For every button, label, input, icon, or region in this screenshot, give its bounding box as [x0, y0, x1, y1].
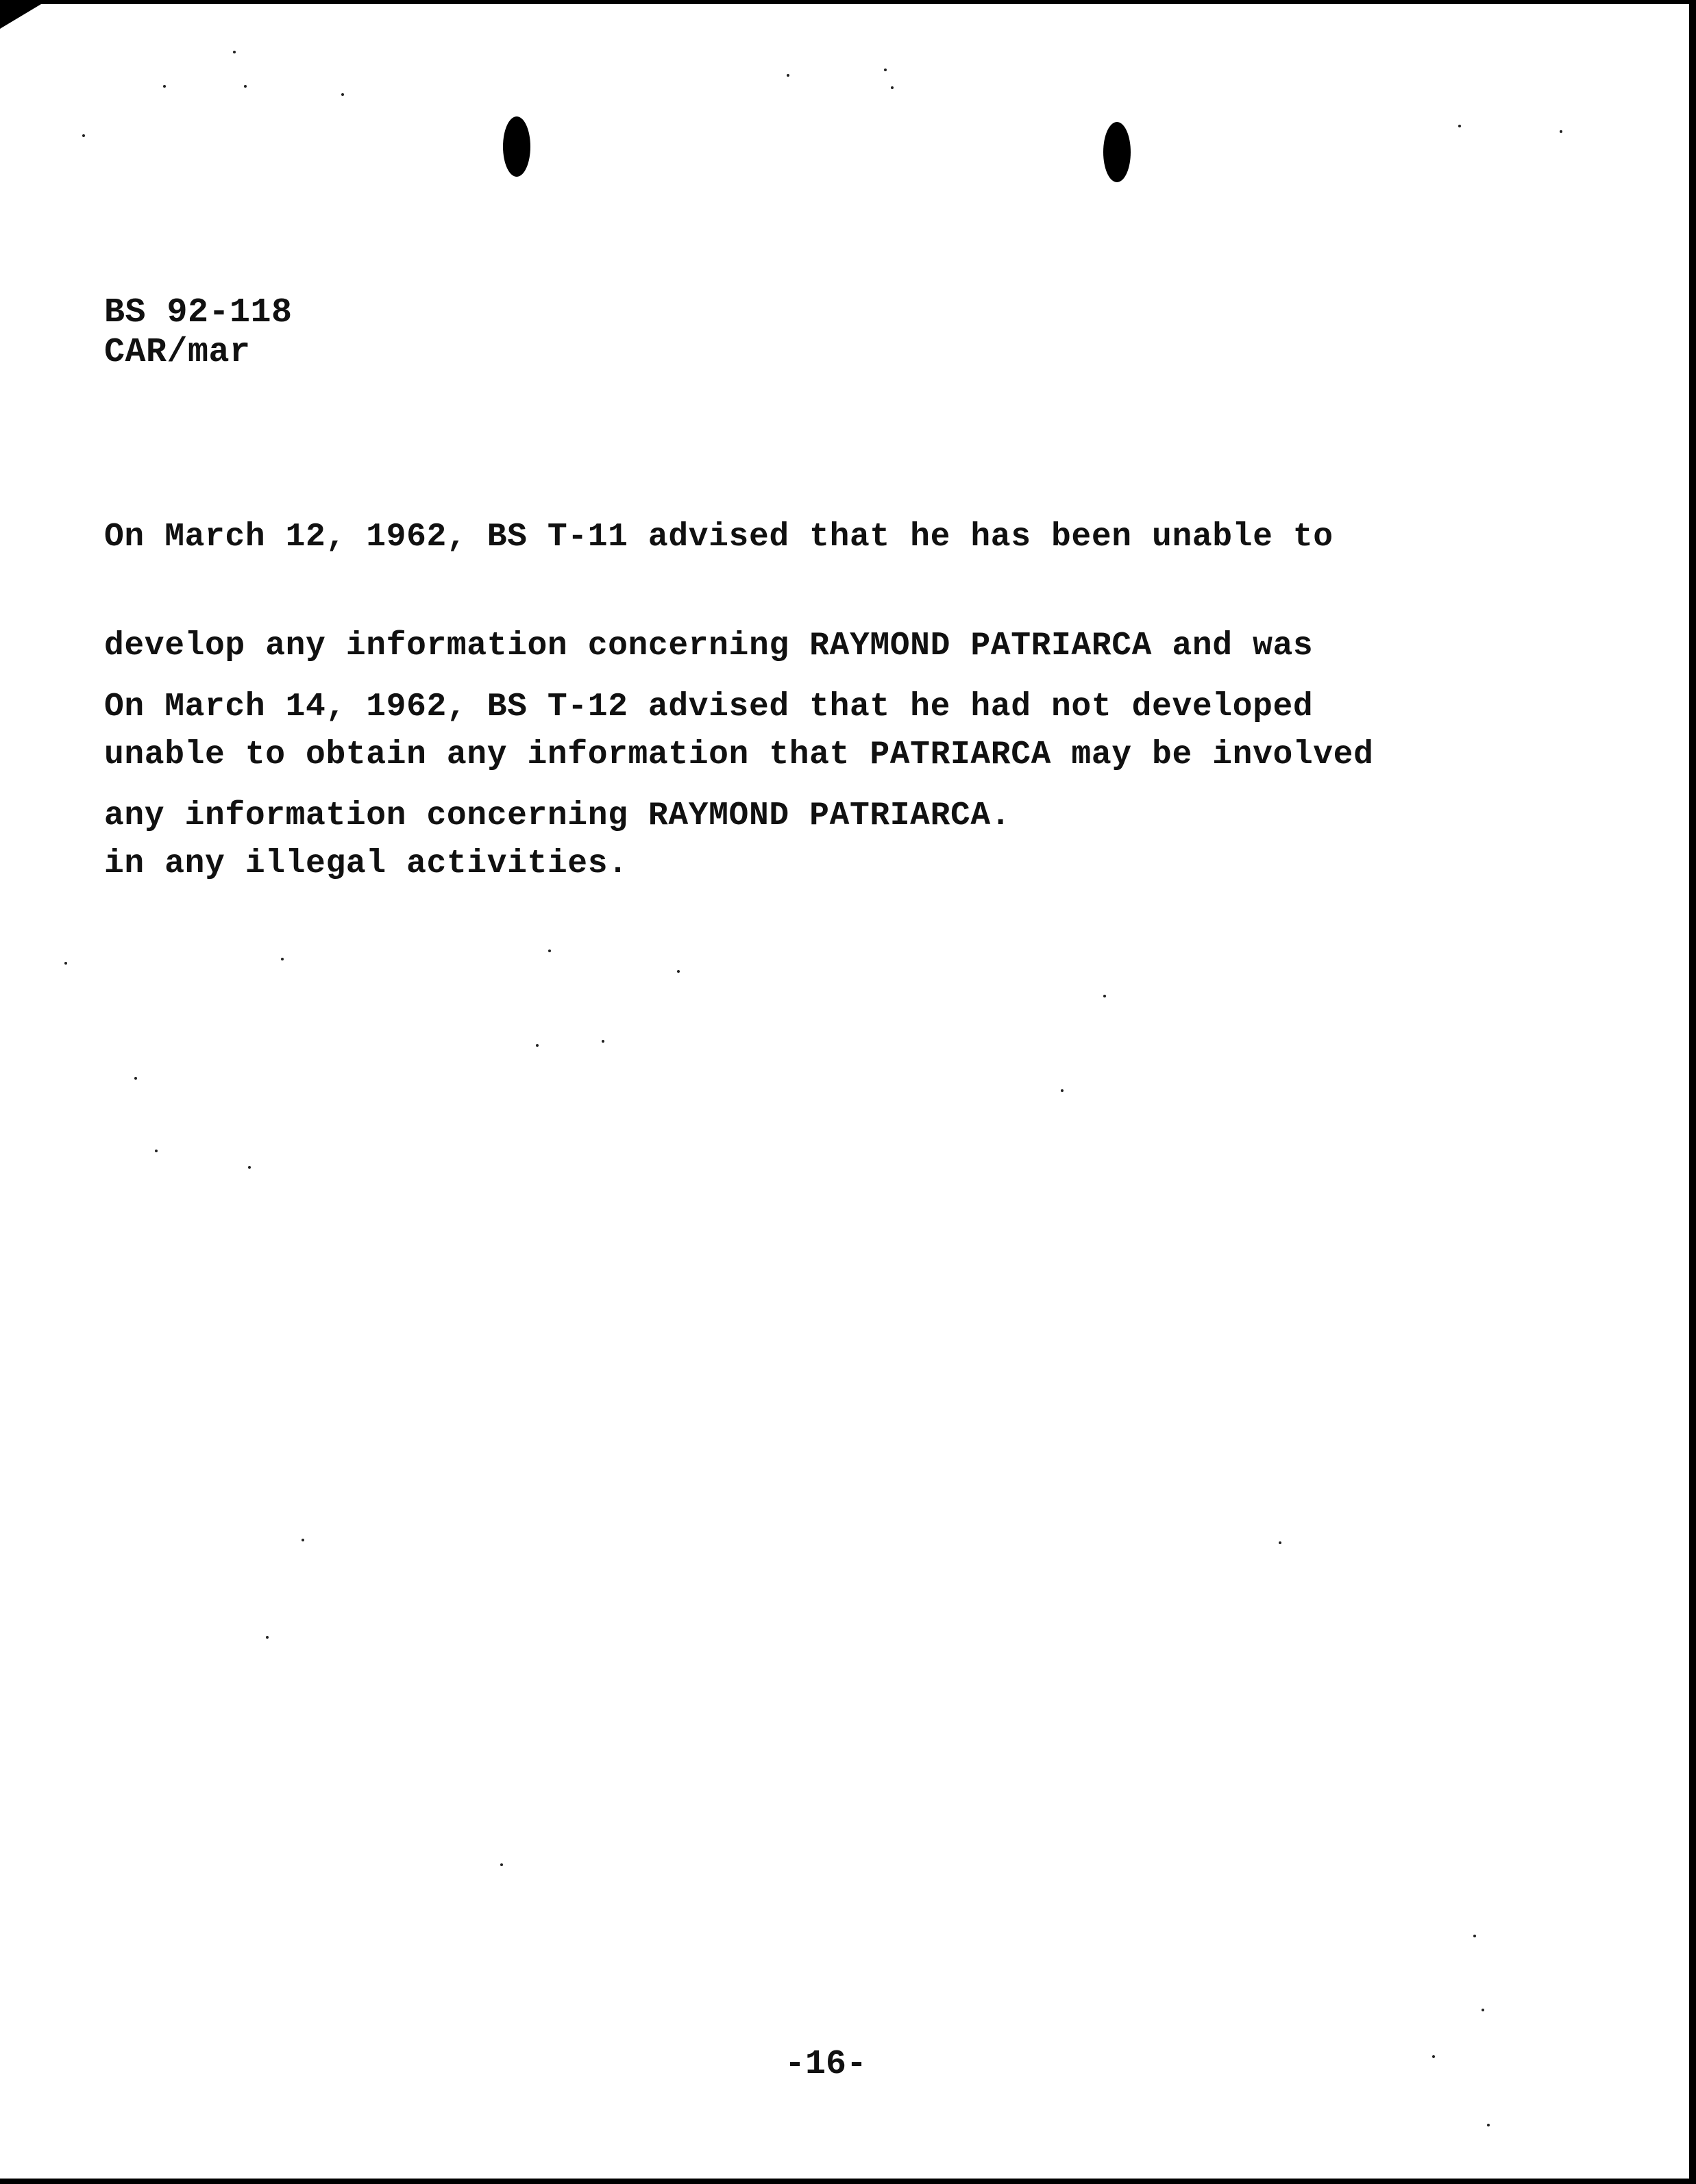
document-page: BS 92-118 CAR/mar On March 12, 1962, BS …	[0, 0, 1696, 2184]
scan-border-bottom	[0, 2179, 1696, 2184]
corner-fold-mark	[0, 0, 48, 29]
paragraph-line: On March 14, 1962, BS T-12 advised that …	[104, 689, 1475, 725]
page-number: -16-	[785, 2045, 867, 2084]
paragraph-line: any information concerning RAYMOND PATRI…	[104, 798, 1475, 834]
punch-hole-left	[503, 116, 530, 177]
paragraph-line: On March 12, 1962, BS T-11 advised that …	[104, 519, 1475, 556]
typist-initials: CAR/mar	[104, 333, 293, 373]
scan-border-right	[1689, 0, 1696, 2184]
scan-border-top	[0, 0, 1696, 4]
punch-hole-right	[1103, 122, 1131, 182]
paragraph-2: On March 14, 1962, BS T-12 advised that …	[104, 617, 1475, 907]
document-header: BS 92-118 CAR/mar	[104, 293, 293, 373]
file-number: BS 92-118	[104, 293, 293, 333]
